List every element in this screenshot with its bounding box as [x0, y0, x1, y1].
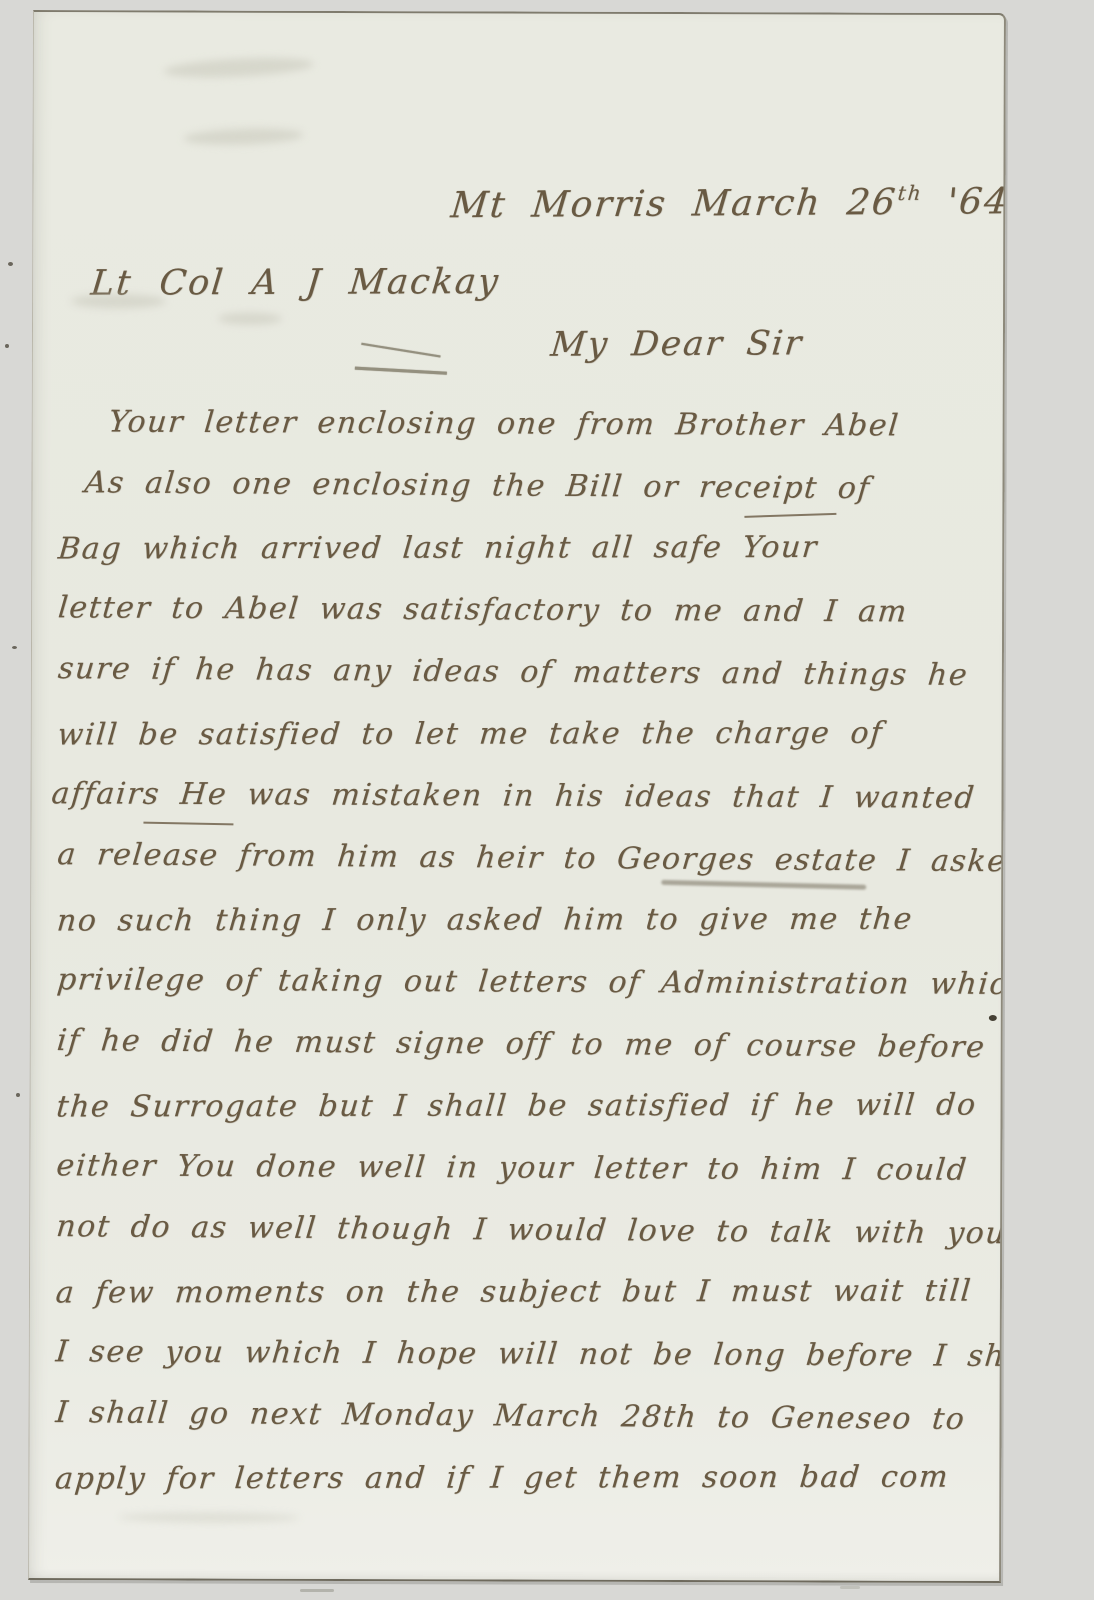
- letter-line: sure if he has any ideas of matters and …: [43, 638, 997, 707]
- letter-line: will be satisfied to let me take the cha…: [43, 703, 997, 767]
- dateline-ordinal-suffix: th: [897, 181, 924, 205]
- letter-line: As also one enclosing the Bill or receip…: [44, 452, 998, 521]
- letter-line: if he did he must signe off to me of cou…: [42, 1010, 996, 1079]
- letter-line: I see you which I hope will not be long …: [41, 1321, 995, 1388]
- letter-salutation: My Dear Sir: [549, 323, 805, 364]
- letter-line: not do as well though I would love to ta…: [41, 1196, 995, 1265]
- scan-speck: [5, 344, 9, 348]
- letter-dateline: Mt Morris March 26th '64: [449, 180, 1006, 226]
- scanned-letter-page: { "document": { "type": "handwritten-let…: [0, 0, 1094, 1600]
- dateline-year: '64: [920, 181, 1006, 223]
- pencil-dash-mark: [361, 343, 440, 358]
- scan-speck: [840, 1586, 860, 1589]
- pencil-dash-mark: [355, 367, 447, 375]
- bleedthrough-smudge: [183, 127, 303, 147]
- scan-speck: [8, 262, 13, 266]
- scan-speck: [300, 1589, 334, 1592]
- scan-speck: [16, 1093, 20, 1097]
- letter-line: apply for letters and if I get them soon…: [41, 1447, 995, 1511]
- ink-blot: [989, 1015, 997, 1021]
- bleedthrough-smudge: [218, 313, 282, 325]
- letter-body: Your letter enclosing one from Brother A…: [43, 392, 995, 1511]
- letter-line: a release from him as heir to Georges es…: [43, 824, 997, 893]
- letter-line: a few moments on the subject but I must …: [41, 1261, 995, 1325]
- letter-line: Your letter enclosing one from Brother A…: [44, 391, 998, 458]
- letter-line: the Surrogate but I shall be satisfied i…: [42, 1075, 996, 1139]
- letter-line: privilege of taking out letters of Admin…: [42, 949, 996, 1016]
- bleedthrough-smudge: [119, 1512, 299, 1523]
- letter-line: letter to Abel was satisfactory to me an…: [43, 577, 997, 644]
- scan-speck: [12, 646, 17, 649]
- letter-line: either You done well in your letter to h…: [42, 1135, 996, 1202]
- letter-line: affairs He was mistaken in his ideas tha…: [43, 763, 997, 830]
- letter-line: no such thing I only asked him to give m…: [42, 889, 996, 953]
- letter-line: I shall go next Monday March 28th to Gen…: [41, 1382, 995, 1451]
- letter-line: Bag which arrived last night all safe Yo…: [43, 517, 997, 581]
- letter-paper: Mt Morris March 26th '64 Lt Col A J Mack…: [28, 10, 1006, 1583]
- bleedthrough-smudge: [71, 294, 166, 308]
- bleedthrough-smudge: [163, 55, 314, 80]
- dateline-place-date: Mt Morris March 26: [449, 182, 899, 226]
